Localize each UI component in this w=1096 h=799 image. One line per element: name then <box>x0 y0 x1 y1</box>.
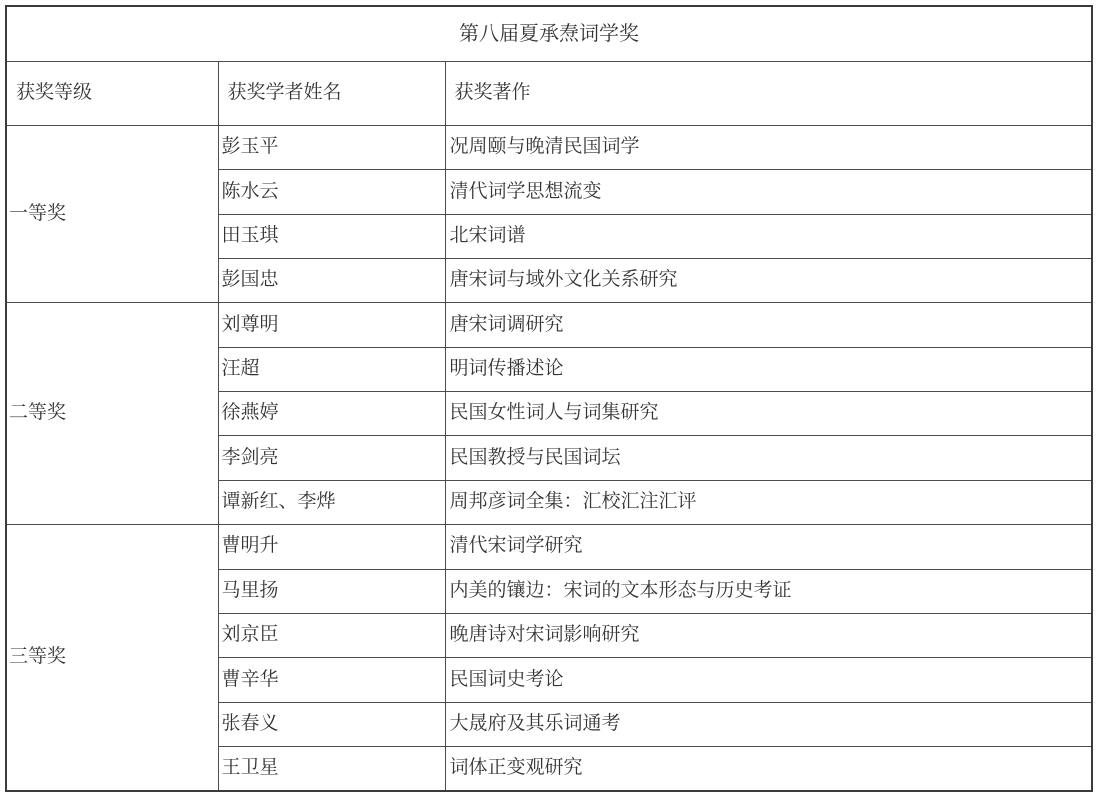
awarded-work: 况周颐与晚清民国词学 <box>445 125 1092 169</box>
column-header-name: 获奖学者姓名 <box>218 62 445 126</box>
awarded-work: 唐宋词与域外文化关系研究 <box>445 259 1092 303</box>
awarded-work: 民国词史考论 <box>445 658 1092 702</box>
awarded-work: 内美的镶边：宋词的文本形态与历史考证 <box>445 569 1092 613</box>
awarded-work: 清代宋词学研究 <box>445 525 1092 569</box>
table-title-row: 第八届夏承焘词学奖 <box>6 6 1092 62</box>
awarded-work: 北宋词谱 <box>445 214 1092 258</box>
awardee-name: 马里扬 <box>218 569 445 613</box>
awardee-name: 陈水云 <box>218 170 445 214</box>
awarded-work: 周邦彦词全集：汇校汇注汇评 <box>445 480 1092 524</box>
awardee-name: 彭国忠 <box>218 259 445 303</box>
awardee-name: 田玉琪 <box>218 214 445 258</box>
awarded-work: 词体正变观研究 <box>445 747 1092 792</box>
prize-level-second: 二等奖 <box>6 303 218 525</box>
awarded-work: 明词传播述论 <box>445 347 1092 391</box>
awardee-name: 刘京臣 <box>218 613 445 657</box>
awardee-name: 汪超 <box>218 347 445 391</box>
awarded-work: 民国女性词人与词集研究 <box>445 392 1092 436</box>
table-row: 三等奖 曹明升 清代宋词学研究 <box>6 525 1092 569</box>
column-header-work: 获奖著作 <box>445 62 1092 126</box>
awardee-name: 王卫星 <box>218 747 445 792</box>
table-title: 第八届夏承焘词学奖 <box>6 6 1092 62</box>
awardee-name: 李剑亮 <box>218 436 445 480</box>
table-row: 二等奖 刘尊明 唐宋词调研究 <box>6 303 1092 347</box>
column-header-level: 获奖等级 <box>6 62 218 126</box>
awardee-name: 张春义 <box>218 702 445 746</box>
prize-level-first: 一等奖 <box>6 125 218 302</box>
table-header-row: 获奖等级 获奖学者姓名 获奖著作 <box>6 62 1092 126</box>
awardee-name: 曹明升 <box>218 525 445 569</box>
awardee-name: 刘尊明 <box>218 303 445 347</box>
awardee-name: 曹辛华 <box>218 658 445 702</box>
page: 第八届夏承焘词学奖 获奖等级 获奖学者姓名 获奖著作 一等奖 彭玉平 况周颐与晚… <box>0 0 1096 799</box>
awarded-work: 民国教授与民国词坛 <box>445 436 1092 480</box>
awarded-work: 唐宋词调研究 <box>445 303 1092 347</box>
awarded-work: 晚唐诗对宋词影响研究 <box>445 613 1092 657</box>
awardee-name: 彭玉平 <box>218 125 445 169</box>
awarded-work: 清代词学思想流变 <box>445 170 1092 214</box>
awarded-work: 大晟府及其乐词通考 <box>445 702 1092 746</box>
prize-level-third: 三等奖 <box>6 525 218 791</box>
table-row: 一等奖 彭玉平 况周颐与晚清民国词学 <box>6 125 1092 169</box>
awardee-name: 谭新红、李烨 <box>218 480 445 524</box>
awardee-name: 徐燕婷 <box>218 392 445 436</box>
award-table: 第八届夏承焘词学奖 获奖等级 获奖学者姓名 获奖著作 一等奖 彭玉平 况周颐与晚… <box>5 5 1093 792</box>
